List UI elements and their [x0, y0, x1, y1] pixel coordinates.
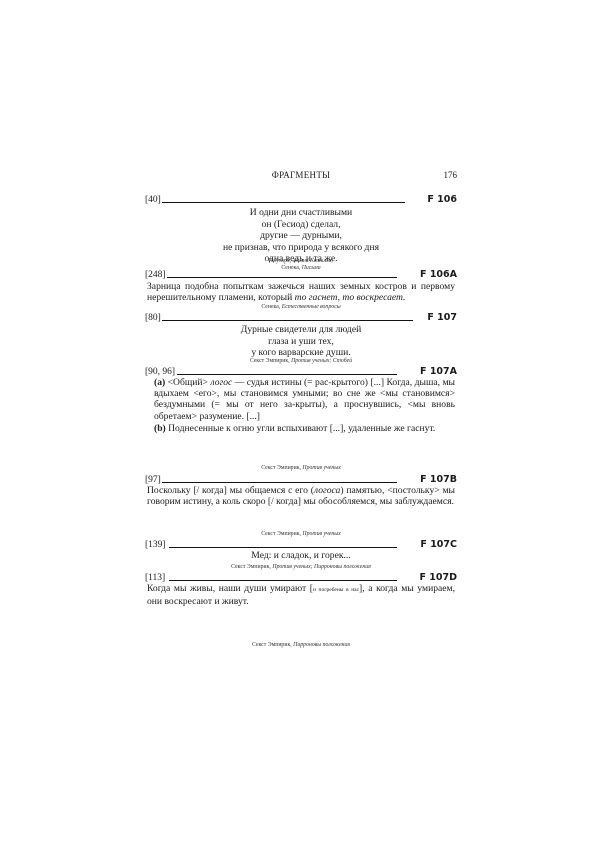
- verse-line: другие — дурными,: [145, 230, 457, 242]
- source-extra: Пирроновы положения: [314, 564, 371, 570]
- verse-line: глаза и уши тех,: [145, 336, 457, 348]
- page-number: 176: [444, 170, 458, 180]
- source-work: Против ученых;: [272, 564, 312, 570]
- text-italic: логоса: [314, 485, 340, 496]
- fragment-item-b: (b) Поднесенные к огню угли вспыхивают […: [154, 423, 455, 434]
- fragment-item-a: (a) <Общий> логос — судья истины (= рас-…: [154, 377, 455, 422]
- fragment-text-f107b: Поскольку [/ когда] мы общаемся с его (л…: [147, 485, 455, 507]
- fragment-id: F 107B: [420, 474, 457, 485]
- source-author: Секст Эмпирик,: [261, 465, 301, 471]
- item-text: Поднесенные к огню угли вспыхивают [...]…: [166, 423, 436, 434]
- fragment-id: F 107C: [420, 539, 457, 550]
- source-citation-f107b: Секст Эмпирик, Против ученых: [145, 531, 457, 538]
- running-title: ФРАГМЕНТЫ: [145, 170, 457, 180]
- verse-line: у кого варварские души.: [145, 347, 457, 359]
- text-plain: Когда мы живы, наши души умирают [: [147, 583, 313, 594]
- item-label: (a): [154, 377, 165, 388]
- item-pre: <Общий>: [168, 377, 211, 388]
- fragment-id: F 107: [427, 312, 457, 323]
- rule-line: [162, 482, 397, 483]
- fragment-id: F 106A: [420, 269, 457, 280]
- rule-line: [162, 320, 413, 321]
- item-italic: логос: [210, 377, 232, 388]
- source-author: Секст Эмпирик,: [261, 531, 301, 537]
- source-citation-f107d: Секст Эмпирик, Пирроновы положения: [145, 642, 457, 649]
- source-author: Сенека,: [261, 304, 280, 310]
- source-work: Против ученых;: [291, 358, 331, 364]
- source-citation-f106a: Сенека, Естественные вопросы: [145, 304, 457, 311]
- source-work: Пирроновы положения: [293, 642, 350, 648]
- source-work: Против ученых: [302, 465, 340, 471]
- fragment-text-f106a: Зарница подобна попыткам зажечься наших …: [147, 281, 455, 303]
- source-work: Против ученых: [302, 531, 340, 537]
- fragment-ref: [40]: [145, 195, 161, 205]
- verse-line: он (Гесиод) сделал,: [145, 219, 457, 231]
- fragment-verse-f106: И одни дни счастливыми он (Гесиод) сдела…: [145, 207, 457, 265]
- fragment-rule-f106: [40] F 106: [145, 195, 457, 207]
- text-small: и погребены в нас: [313, 587, 359, 593]
- fragment-id: F 107A: [420, 366, 457, 377]
- item-label: (b): [154, 423, 166, 434]
- fragment-ref: [90, 96]: [145, 367, 175, 377]
- fragment-ref: [97]: [145, 475, 161, 485]
- verse-line: Мед: и сладок, и горек...: [145, 550, 457, 562]
- fragment-id: F 106: [427, 194, 457, 205]
- verse-line: не признав, что природа у всякого дня: [145, 242, 457, 254]
- text-italic: то гаснет, то воскресает.: [295, 292, 406, 303]
- source-author: Секст Эмпирик,: [252, 642, 292, 648]
- rule-line: [167, 277, 397, 278]
- source-citation-f107a: Секст Эмпирик, Против ученых: [145, 465, 457, 472]
- source-author: Секст Эмпирик,: [231, 564, 271, 570]
- source-author: Плутарх,: [269, 258, 291, 264]
- running-header: ФРАГМЕНТЫ 176: [145, 170, 457, 184]
- text-plain: Поскольку [/ когда] мы общаемся с его (: [147, 485, 314, 496]
- fragment-ref: [80]: [145, 313, 161, 323]
- fragment-id: F 107D: [419, 572, 457, 583]
- fragment-text-f107d: Когда мы живы, наши души умирают [и погр…: [147, 583, 455, 607]
- rule-line: [169, 580, 397, 581]
- rule-line: [169, 547, 397, 548]
- fragment-verse-f107c: Мед: и сладок, и горек...: [145, 550, 457, 562]
- verse-line: И одни дни счастливыми: [145, 207, 457, 219]
- fragment-ref: [113]: [145, 573, 165, 583]
- source-citation-f107: Секст Эмпирик, Против ученых; Стобей: [145, 358, 457, 365]
- source-extra: Стобей: [333, 358, 352, 364]
- verse-line: Дурные свидетели для людей: [145, 324, 457, 336]
- source-author: Секст Эмпирик,: [250, 358, 290, 364]
- source-work: Естественные вопросы: [282, 304, 341, 310]
- rule-line: [162, 202, 405, 203]
- rule-line: [177, 374, 397, 375]
- fragment-ref: [139]: [145, 540, 166, 550]
- source-citation-f107c: Секст Эмпирик, Против ученых; Пирроновы …: [145, 564, 457, 571]
- fragment-verse-f107: Дурные свидетели для людей глаза и уши т…: [145, 324, 457, 359]
- fragment-ref: [248]: [145, 270, 166, 280]
- source-work: Жизнь Камилла;: [293, 258, 334, 264]
